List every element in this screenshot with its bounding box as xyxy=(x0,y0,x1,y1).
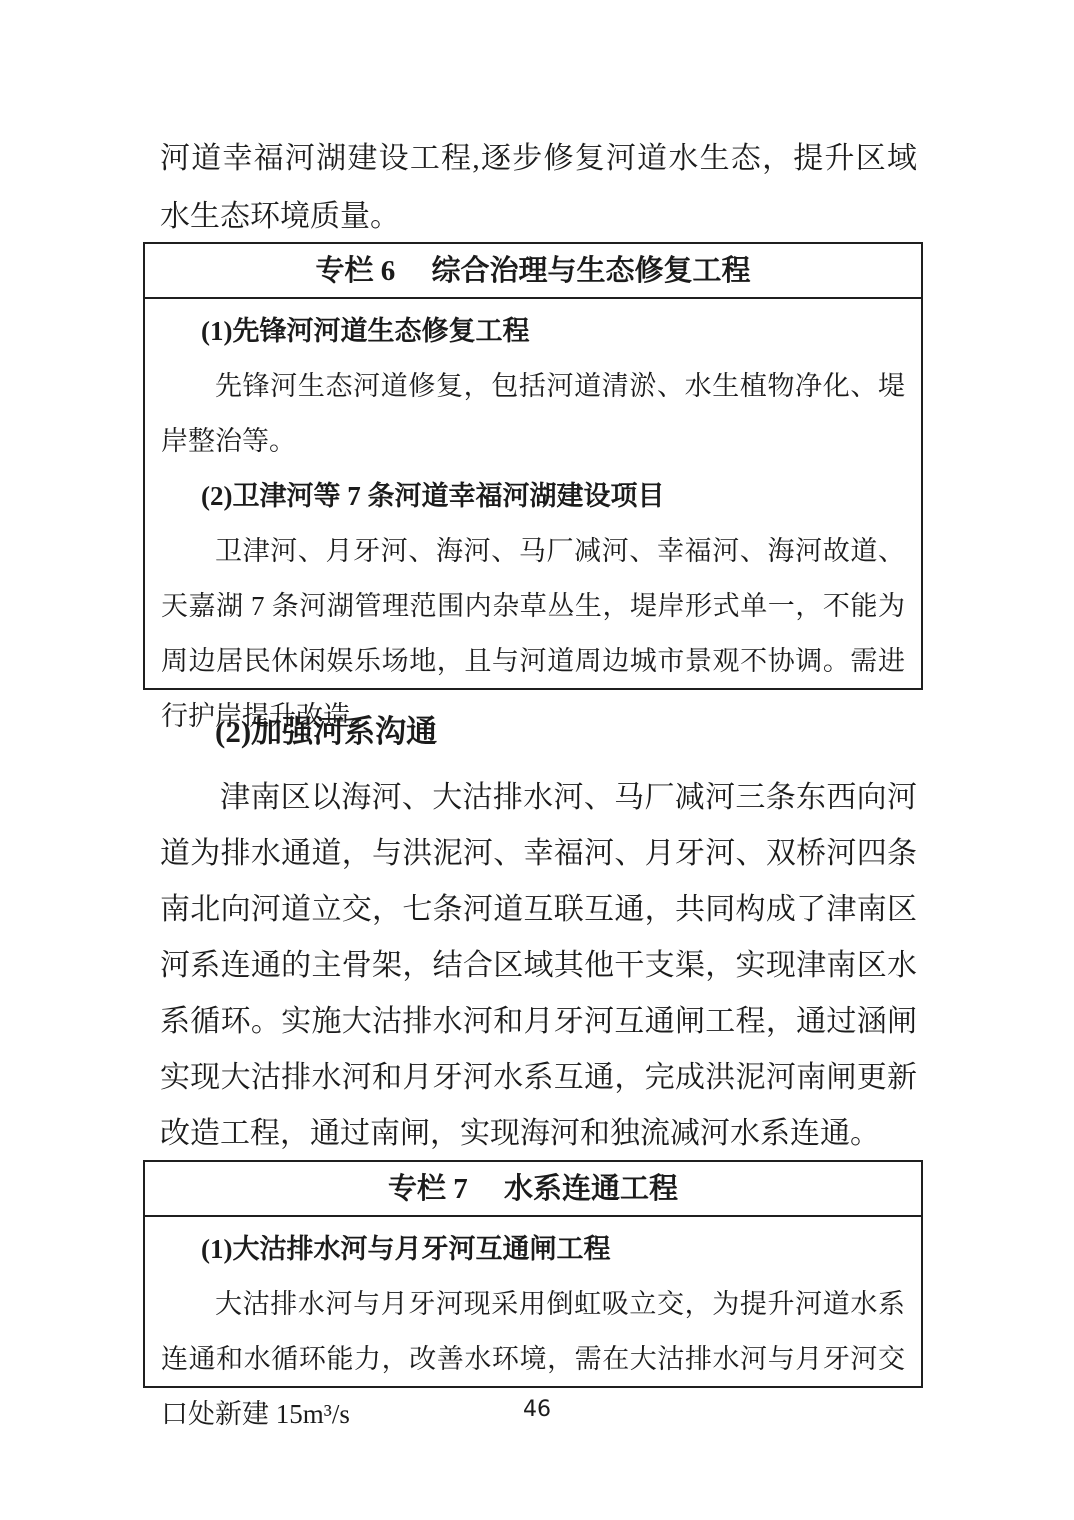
box-6-body: (1)先锋河河道生态修复工程 先锋河生态河道修复，包括河道清淤、水生植物净化、堤… xyxy=(145,299,921,752)
page-number: 46 xyxy=(0,1396,1074,1424)
box-7-item-1-heading: (1)大沽排水河与月牙河互通闸工程 xyxy=(161,1222,905,1277)
box-6-title: 专栏 6 综合治理与生态修复工程 xyxy=(145,244,921,299)
box-6-item-1-heading: (1)先锋河河道生态修复工程 xyxy=(161,304,905,359)
callout-box-7: 专栏 7 水系连通工程 (1)大沽排水河与月牙河互通闸工程 大沽排水河与月牙河现… xyxy=(143,1160,923,1388)
intro-paragraph: 河道幸福河湖建设工程,逐步修复河道水生态，提升区域水生态环境质量。 xyxy=(160,130,917,246)
section-heading: (2)加强河系沟通 xyxy=(160,710,917,754)
box-7-title: 专栏 7 水系连通工程 xyxy=(145,1162,921,1217)
section-body-paragraph: 津南区以海河、大沽排水河、马厂减河三条东西向河道为排水通道，与洪泥河、幸福河、月… xyxy=(160,770,917,1162)
document-page: 河道幸福河湖建设工程,逐步修复河道水生态，提升区域水生态环境质量。 专栏 6 综… xyxy=(0,0,1074,1520)
box-6-item-1-body: 先锋河生态河道修复，包括河道清淤、水生植物净化、堤岸整治等。 xyxy=(161,359,905,469)
callout-box-6: 专栏 6 综合治理与生态修复工程 (1)先锋河河道生态修复工程 先锋河生态河道修… xyxy=(143,242,923,690)
box-6-item-2-heading: (2)卫津河等 7 条河道幸福河湖建设项目 xyxy=(161,469,905,524)
